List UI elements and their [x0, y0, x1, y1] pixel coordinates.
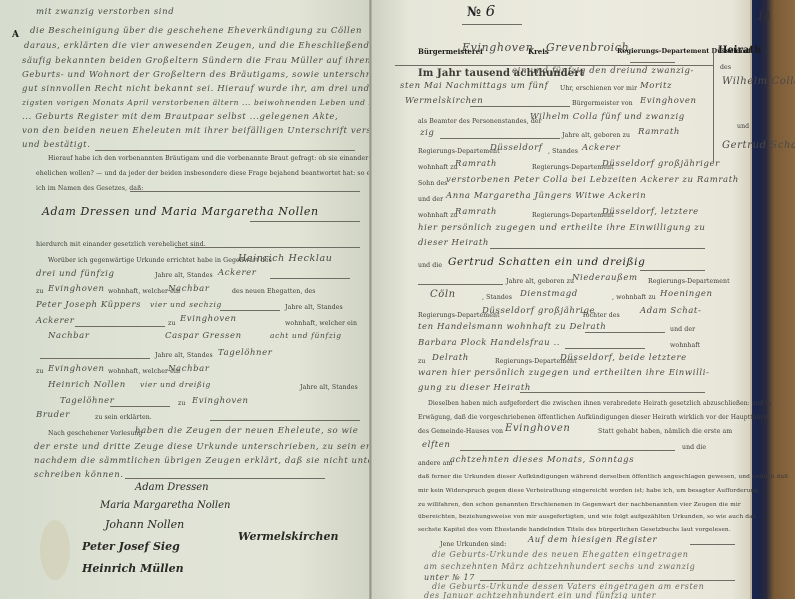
printed-label: Jahre alt, Standes — [155, 352, 213, 359]
printed-text: Dieselben haben mich aufgefordert die zw… — [428, 400, 772, 407]
printed-text: des Gemeinde-Hauses von — [418, 428, 503, 435]
handwritten-value: Düsseldorf, beide letztere — [560, 353, 687, 363]
printed-label: Sohn des — [418, 180, 448, 187]
printed-label: des neuen Ehegatten, des — [232, 288, 316, 295]
signature: Peter Josef Sieg — [82, 540, 180, 553]
printed-text: Statt gehabt haben, nämlich die erste am — [598, 428, 732, 435]
margin-label: des — [720, 64, 731, 71]
handwritten-value: Cöln — [430, 289, 456, 300]
fill-line — [640, 270, 705, 271]
handwritten-line: der erste und dritte Zeuge diese Urkunde… — [34, 442, 394, 452]
handwritten-value: Moritz — [640, 81, 672, 91]
printed-label: und die — [418, 262, 442, 269]
printed-label: zu — [418, 358, 425, 365]
handwritten-value: dieser Heirath — [418, 238, 489, 248]
handwritten-value: verstorbenen Peter Colla bei Lebzeiten A… — [446, 175, 739, 185]
handwritten-line: mit zwanzig verstorben sind — [36, 7, 174, 17]
fill-line — [175, 247, 360, 248]
handwritten-line: Geburts- und Wohnort der Großeltern des … — [22, 70, 397, 80]
document-entry: am sechzehnten März achtzehnhundert sech… — [424, 562, 695, 571]
margin-groom: Wilhelm Colla — [722, 76, 795, 87]
handwritten-value: Anna Margaretha Jüngers Witwe Ackerin — [446, 191, 646, 201]
declared-couple: Adam Dressen und Maria Margaretha Nollen — [42, 205, 319, 218]
printed-label: und der — [670, 326, 695, 333]
printed-label: Jahre alt, geboren zu — [506, 278, 574, 285]
printed-text: mir kein Widerspruch gegen diese Verheir… — [418, 488, 758, 494]
printed-text: ich im Namen des Gesetzes, daß: — [36, 185, 143, 192]
printed-label: und der — [418, 196, 443, 203]
document-entry: die Geburts-Urkunde dessen Vaters einget… — [432, 582, 704, 591]
handwritten-line: säufig bekannten beiden Großeltern Sünde… — [22, 56, 422, 66]
printed-label: wohnhaft — [670, 342, 700, 349]
printed-label: zu sein erklärten. — [95, 414, 152, 421]
fill-line — [75, 326, 165, 327]
margin-label: und — [737, 123, 749, 130]
handwritten-value: Düsseldorf großjährige — [482, 306, 595, 316]
handwritten-value: Wilhelm Colla fünf und zwanzig — [530, 112, 685, 122]
fill-line — [250, 221, 360, 222]
handwritten-value: Wermelskirchen — [405, 96, 483, 106]
fill-line — [270, 278, 350, 279]
left-page: A mit zwanzig verstorben sind die Besche… — [0, 0, 372, 599]
fill-line — [520, 392, 705, 393]
handwritten-line: zigsten vorigen Monats April verstorbene… — [22, 98, 404, 107]
handwritten-value: Hoeningen — [660, 289, 713, 299]
margin-mark: A — [12, 30, 19, 40]
witness-name: Heinrich Nollen — [48, 380, 126, 390]
handwritten-value: hier persönlich zugegen und ertheilte ih… — [418, 223, 705, 233]
printed-label: zu — [36, 368, 43, 375]
fill-line — [130, 191, 360, 192]
fill-line — [210, 420, 360, 421]
printed-text: zu willfahren, den schon genannten Ersch… — [418, 502, 741, 508]
handwritten-line: schreiben können. — [34, 470, 124, 480]
fill-line — [462, 24, 522, 25]
witness-residence: Evinghoven — [192, 396, 249, 406]
handwritten-value: Düsseldorf, letztere — [602, 207, 699, 217]
handwritten-line: und bestätigt. — [22, 140, 91, 150]
printed-text: daß ferner die Urkunden dieser Aufkündig… — [418, 474, 788, 480]
mayor-value: Evinghoven — [462, 41, 533, 54]
register-book-spread: A mit zwanzig verstorben sind die Besche… — [0, 0, 795, 599]
banns-place: Evinghoven — [505, 423, 570, 434]
printed-text: und die — [682, 444, 706, 451]
bride-name: Gertrud Schatten ein und dreißig — [448, 256, 645, 268]
witness-residence: Evinghoven — [48, 284, 105, 294]
printed-label: als Beamter des Personenstandes, der — [418, 118, 542, 125]
witness-age: vier und sechzig — [150, 300, 222, 309]
signature: Johann Nollen — [105, 518, 184, 531]
witness-occupation: Tagelöhner — [60, 396, 114, 406]
paper-stain — [40, 520, 70, 580]
printed-text: ehelichen wollen? — und da jeder der bei… — [36, 170, 390, 177]
witness-relation: Nachbar — [168, 284, 210, 294]
printed-text: andere am — [418, 460, 452, 467]
witness-age: acht und fünfzig — [270, 331, 342, 340]
record-number: № 6 — [467, 2, 495, 20]
record-number-value: 6 — [486, 2, 496, 20]
margin-divider — [713, 52, 714, 162]
witness-relation: Nachbar — [48, 331, 90, 341]
handwritten-value: Dienstmagd — [520, 289, 578, 299]
printed-label: wohnhaft zu — [418, 164, 458, 171]
handwritten-line: die Bescheinigung über die geschehene Eh… — [30, 26, 362, 36]
handwritten-value: Düsseldorf — [490, 143, 543, 153]
printed-text: übereichten, beziehungsweise von mir aus… — [418, 514, 756, 520]
handwritten-value: sten Mai Nachmittags um fünf — [400, 81, 548, 91]
printed-label: , Standes — [482, 294, 512, 301]
handwritten-value: Ramrath — [455, 207, 497, 217]
handwritten-value: Barbara Plock Handelsfrau .. — [418, 338, 560, 348]
fill-line — [418, 284, 503, 285]
handwritten-value: Adam Schat- — [640, 306, 701, 316]
fill-line — [125, 478, 325, 479]
witness-name: Peter Joseph Küppers — [36, 300, 141, 310]
fill-line — [110, 406, 170, 407]
printed-label: Regierungs-Departement — [418, 148, 500, 155]
fill-line — [220, 310, 280, 311]
document-entry: unter № 17 — [424, 573, 475, 582]
fill-line — [490, 248, 705, 249]
handwritten-value: Evinghoven — [640, 96, 697, 106]
printed-label: , wohnhaft zu — [612, 294, 656, 301]
witness-relation: Bruder — [36, 410, 70, 420]
handwritten-value: Düsseldorf großjähriger — [602, 159, 720, 169]
documents-label: Jene Urkunden sind: — [440, 541, 506, 548]
fill-line — [95, 150, 355, 151]
printed-label: Nach geschehener Vorlesung — [48, 430, 143, 437]
witness-residence: Evinghoven — [48, 364, 105, 374]
fill-line — [460, 450, 675, 451]
handwritten-value: ein und fünfzig den dreiund zwanzig- — [512, 66, 694, 76]
printed-label: zu — [36, 288, 43, 295]
printed-label: zu — [168, 320, 175, 327]
handwritten-value: waren hier persönlich zugegen und erthei… — [418, 368, 710, 378]
printed-label: Tochter des — [582, 312, 620, 319]
printed-text: sechste Kapitel des vom Ehestande handel… — [418, 527, 731, 533]
printed-text: Erwägung, daß die vorgeschriebenen öffen… — [418, 414, 767, 421]
printed-label: zu — [178, 400, 185, 407]
fill-line — [690, 544, 735, 545]
printed-label: wohnhaft zu — [418, 212, 458, 219]
signature: Maria Margaretha Nollen — [100, 500, 231, 511]
document-entry: Auf dem hiesigen Register — [528, 535, 657, 545]
signature: Adam Dressen — [135, 482, 209, 493]
printed-text: Hierauf habe ich den vorbenannten Bräuti… — [48, 155, 368, 162]
handwritten-value: Ackerer — [582, 143, 620, 153]
handwritten-line: ... Geburts Register mit dem Brautpaar s… — [22, 112, 338, 122]
fill-line — [470, 106, 570, 107]
printed-label: Bürgermeister von — [572, 100, 633, 107]
witness-residence: Evinghoven — [180, 314, 237, 324]
handwritten-value: gung zu dieser Heirath — [418, 383, 531, 393]
document-entry: die Geburts-Urkunde des neuen Ehegatten … — [432, 550, 689, 559]
printed-label: Uhr, erschienen vor mir — [560, 85, 637, 92]
page-number: 14 — [757, 10, 771, 23]
banns-first: elften — [422, 440, 450, 450]
fill-line — [585, 332, 665, 333]
document-entry: des Januar achtzehnhundert ein und fünfz… — [424, 591, 656, 599]
fill-line — [630, 62, 675, 63]
handwritten-value: Ramrath — [455, 159, 497, 169]
signature: Wermelskirchen — [238, 530, 339, 543]
printed-label: Jahre alt, Standes — [300, 384, 358, 391]
banns-second: achtzehnten dieses Monats, Sonntags — [450, 455, 634, 465]
handwritten-line: nachdem die sämmtlichen übrigen Zeugen e… — [34, 456, 381, 466]
printed-label: Jahre alt, Standes — [285, 304, 343, 311]
fill-line — [565, 348, 645, 349]
printed-label: Jahre alt, Standes — [155, 272, 213, 279]
printed-label: Regierungs-Departement — [648, 278, 730, 285]
witness-relation: Nachbar — [168, 364, 210, 374]
handwritten-value: Niederaußem — [572, 273, 638, 283]
handwritten-line: daraus, erklärten die vier anwesenden Ze… — [24, 41, 400, 51]
handwritten-line: haben die Zeugen der neuen Eheleute, so … — [135, 426, 358, 436]
signature: Heinrich Müllen — [82, 562, 184, 575]
handwritten-value: Ramrath — [638, 127, 680, 137]
witness-occupation: Ackerer — [36, 316, 74, 326]
handwritten-value: Delrath — [432, 353, 469, 363]
witness-age: drei und fünfzig — [36, 269, 115, 279]
handwritten-value: zig — [420, 128, 434, 138]
witness-name: Caspar Gressen — [165, 331, 242, 341]
printed-label: Jahre alt, geboren zu — [562, 132, 630, 139]
fill-line — [440, 138, 560, 139]
printed-label: , Standes — [548, 148, 578, 155]
margin-title: Heirath — [718, 45, 761, 56]
witness-occupation: Ackerer — [218, 268, 256, 278]
printed-label: wohnhaft, welcher ein — [285, 320, 357, 327]
witness-name: Heinrich Hecklau — [238, 253, 333, 264]
fill-line — [480, 580, 735, 581]
handwritten-line: von den beiden neuen Eheleuten mit ihrer… — [22, 126, 395, 136]
witness-age: vier und dreißig — [140, 380, 211, 389]
witness-occupation: Tagelöhner — [218, 348, 272, 358]
handwritten-line: gut sinnvollen Recht nicht bekannt sei. … — [22, 84, 401, 94]
handwritten-value: ten Handelsmann wohnhaft zu Delrath — [418, 322, 606, 332]
fill-line — [40, 358, 150, 359]
number-sign: № — [467, 5, 481, 20]
margin-bride: Gertrud Schatten — [722, 140, 795, 151]
